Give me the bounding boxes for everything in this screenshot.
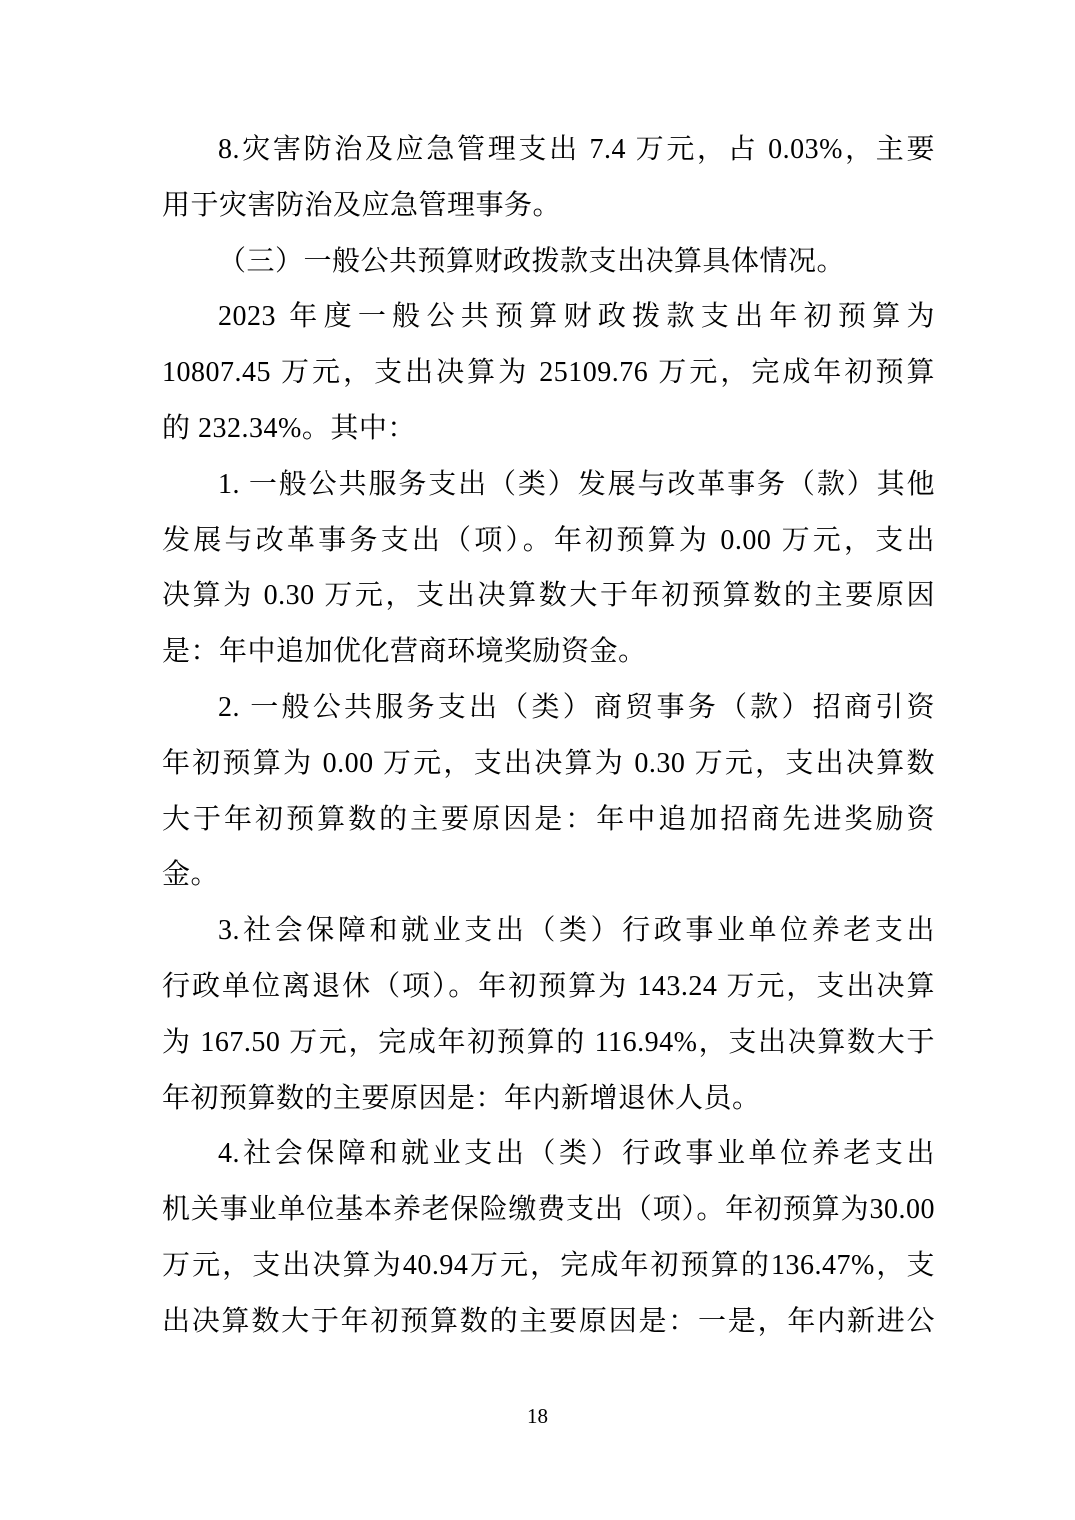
text-line: 行政单位离退休（项）。年初预算为 143.24 万元，支出决算: [162, 959, 935, 1015]
paragraph-section-heading: （三）一般公共预算财政拨款支出决算具体情况。: [162, 234, 935, 290]
text-line: 机关事业单位基本养老保险缴费支出（项）。年初预算为30.00: [162, 1182, 935, 1238]
text-line: 是：年中追加优化营商环境奖励资金。: [162, 624, 935, 680]
text-line: 金。: [162, 847, 935, 903]
text-line: 出决算数大于年初预算数的主要原因是：一是，年内新进公: [162, 1294, 935, 1350]
paragraph-budget-overview: 2023 年度一般公共预算财政拨款支出年初预算为 10807.45 万元，支出决…: [162, 289, 935, 456]
text-line: 1. 一般公共服务支出（类）发展与改革事务（款）其他: [162, 457, 935, 513]
text-line: 10807.45 万元，支出决算为 25109.76 万元，完成年初预算: [162, 345, 935, 401]
paragraph-item-4: 4.社会保障和就业支出（类）行政事业单位养老支出（款） 机关事业单位基本养老保险…: [162, 1126, 935, 1349]
text-line: 用于灾害防治及应急管理事务。: [162, 178, 935, 234]
document-page: 8.灾害防治及应急管理支出 7.4 万元，占 0.03%，主要 用于灾害防治及应…: [0, 0, 1075, 1520]
text-line: 发展与改革事务支出（项）。年初预算为 0.00 万元，支出: [162, 513, 935, 569]
text-line: 2023 年度一般公共预算财政拨款支出年初预算为: [162, 289, 935, 345]
paragraph-item-1: 1. 一般公共服务支出（类）发展与改革事务（款）其他 发展与改革事务支出（项）。…: [162, 457, 935, 680]
text-line: 年初预算为 0.00 万元，支出决算为 0.30 万元，支出决算数: [162, 736, 935, 792]
text-line: 2. 一般公共服务支出（类）商贸事务（款）招商引资（项）。: [162, 680, 935, 736]
text-line: 为 167.50 万元，完成年初预算的 116.94%，支出决算数大于: [162, 1015, 935, 1071]
text-line: 4.社会保障和就业支出（类）行政事业单位养老支出（款）: [162, 1126, 935, 1182]
text-line: 大于年初预算数的主要原因是：年中追加招商先进奖励资: [162, 792, 935, 848]
text-line: 年初预算数的主要原因是：年内新增退休人员。: [162, 1071, 935, 1127]
text-line: 3.社会保障和就业支出（类）行政事业单位养老支出（款）: [162, 903, 935, 959]
page-number: 18: [0, 1402, 1075, 1430]
text-line: 8.灾害防治及应急管理支出 7.4 万元，占 0.03%，主要: [162, 122, 935, 178]
section-heading-line: （三）一般公共预算财政拨款支出决算具体情况。: [162, 234, 935, 290]
text-line: 的 232.34%。其中：: [162, 401, 935, 457]
text-line: 决算为 0.30 万元，支出决算数大于年初预算数的主要原因: [162, 568, 935, 624]
paragraph-item-2: 2. 一般公共服务支出（类）商贸事务（款）招商引资（项）。 年初预算为 0.00…: [162, 680, 935, 903]
text-line: 万元，支出决算为40.94万元，完成年初预算的136.47%，支: [162, 1238, 935, 1294]
paragraph-item-3: 3.社会保障和就业支出（类）行政事业单位养老支出（款） 行政单位离退休（项）。年…: [162, 903, 935, 1126]
paragraph-disaster-management: 8.灾害防治及应急管理支出 7.4 万元，占 0.03%，主要 用于灾害防治及应…: [162, 122, 935, 234]
document-body: 8.灾害防治及应急管理支出 7.4 万元，占 0.03%，主要 用于灾害防治及应…: [162, 122, 935, 1350]
